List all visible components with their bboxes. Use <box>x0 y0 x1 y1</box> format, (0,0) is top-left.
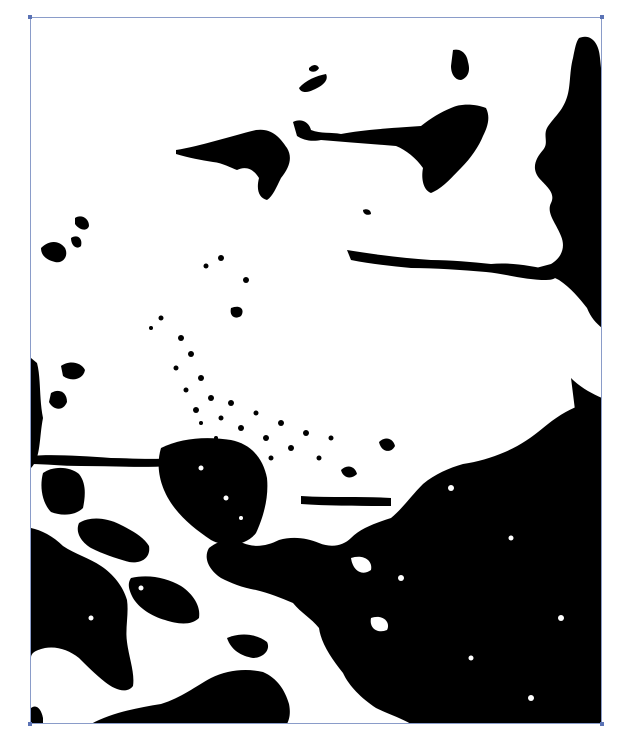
grunge-texture-graphic <box>31 18 602 724</box>
canvas <box>0 0 630 751</box>
grunge-texture-artwork[interactable] <box>31 18 602 724</box>
